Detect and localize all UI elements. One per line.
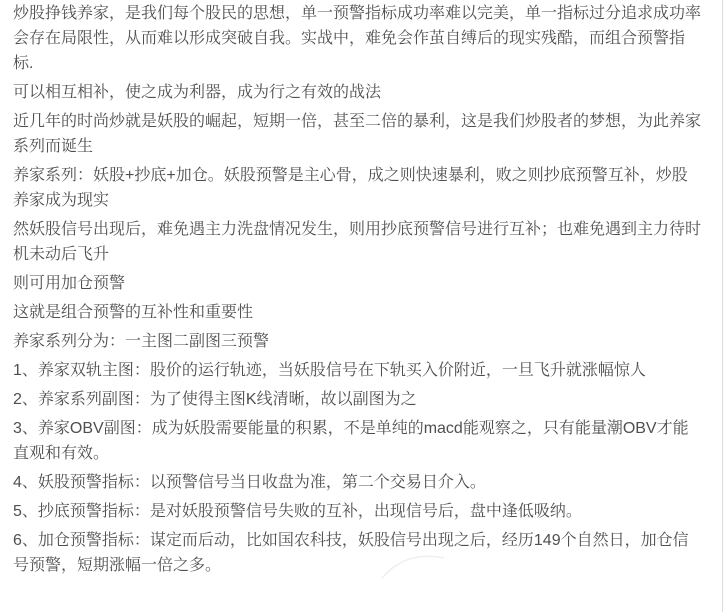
paragraph: 6、加仓预警指标：谋定而后动，比如国农科技，妖股信号出现之后，经历149个自然日… xyxy=(13,528,702,578)
paragraph: 5、抄底预警指标：是对妖股预警信号失败的互补，出现信号后，盘中逢低吸纳。 xyxy=(13,499,702,524)
paragraph: 1、养家双轨主图：股价的运行轨迹，当妖股信号在下轨买入价附近，一旦飞升就涨幅惊人 xyxy=(13,358,702,383)
paragraph: 2、养家系列副图：为了使得主图K线清晰，故以副图为之 xyxy=(13,387,702,412)
paragraph: 近几年的时尚炒就是妖股的崛起，短期一倍，甚至二倍的暴利，这是我们炒股者的梦想，为… xyxy=(13,109,702,159)
paragraph: 养家系列：妖股+抄底+加仓。妖股预警是主心骨，成之则快速暴利，败之则抄底预警互补… xyxy=(13,163,702,213)
paragraph: 这就是组合预警的互补性和重要性 xyxy=(13,300,702,325)
paragraph: 养家系列分为：一主图二副图三预警 xyxy=(13,329,702,354)
paragraph: 炒股挣钱养家，是我们每个股民的思想，单一预警指标成功率难以完美，单一指标过分追求… xyxy=(13,1,702,76)
paragraph: 则可用加仓预警 xyxy=(13,271,702,296)
paragraph: 3、养家OBV副图：成为妖股需要能量的积累，不是单纯的macd能观察之，只有能量… xyxy=(13,416,702,466)
document-body: 炒股挣钱养家，是我们每个股民的思想，单一预警指标成功率难以完美，单一指标过分追求… xyxy=(0,0,702,578)
paragraph: 可以相互相补，使之成为利器，成为行之有效的战法 xyxy=(13,80,702,105)
paragraph: 4、妖股预警指标：以预警信号当日收盘为准，第二个交易日介入。 xyxy=(13,470,702,495)
paragraph: 然妖股信号出现后，难免遇主力洗盘情况发生，则用抄底预警信号进行互补；也难免遇到主… xyxy=(13,217,702,267)
vertical-divider xyxy=(722,0,723,612)
